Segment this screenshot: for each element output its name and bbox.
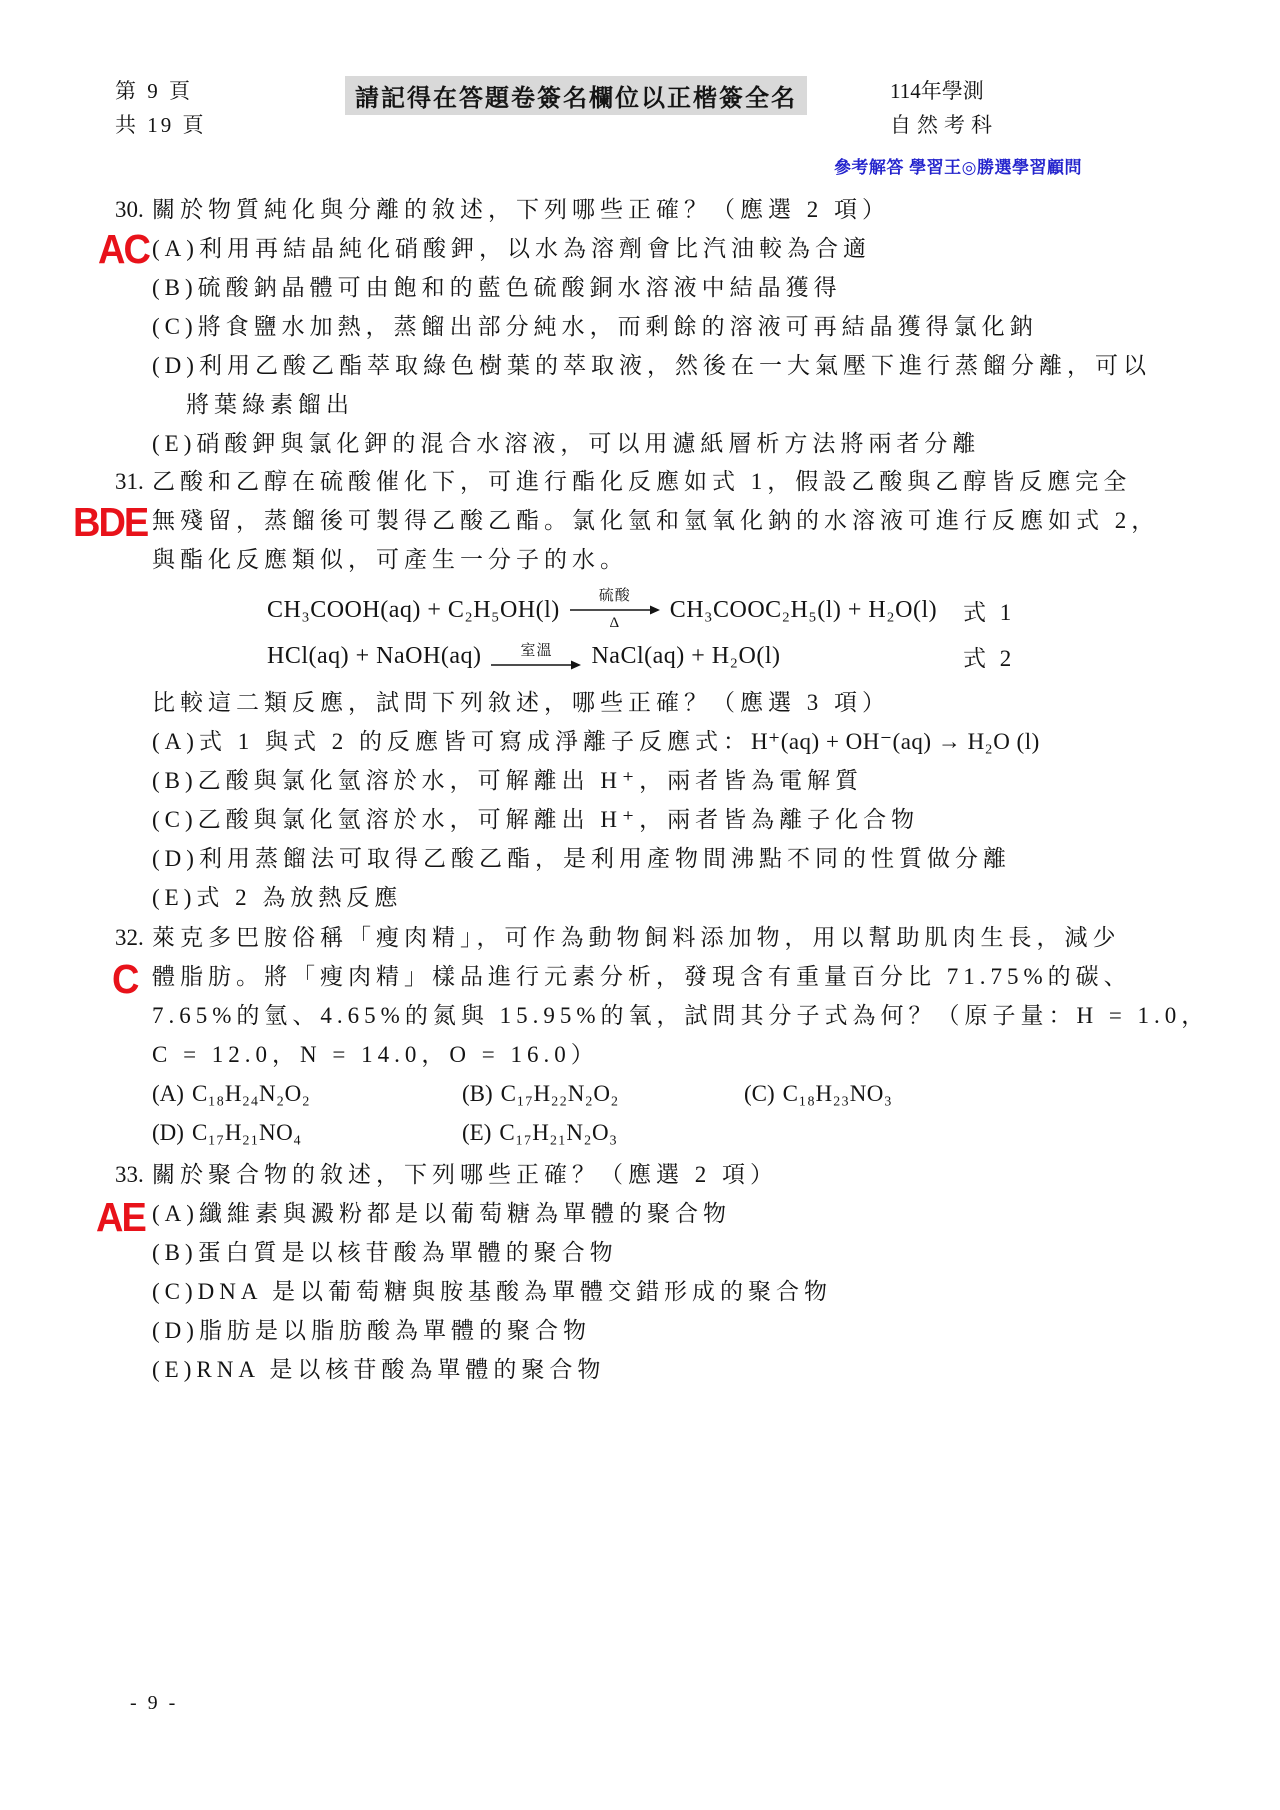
reaction-equations: CH₃COOH(aq) + C₂H₅OH(l) 硫酸 Δ CH₃COOC₂H₅(…	[115, 587, 1205, 679]
option-text: DNA 是以葡萄糖與胺基酸為單體交錯形成的聚合物	[198, 1279, 832, 1304]
option-cell-d: (D)C₁₇H₂₁NO₄	[152, 1113, 462, 1152]
equation-1-rhs: CH₃COOC₂H₅(l) + H₂O(l)	[670, 597, 937, 624]
page-number-line: 第 9 頁	[115, 74, 207, 108]
option-formula: C₁₇H₂₁N₂O₃	[499, 1120, 617, 1145]
stem-text: 萊克多巴胺俗稱「瘦肉精」，可作為動物飼料添加物，用以幫助肌肉生長，減少	[152, 925, 1121, 950]
option-row-b: (B)硫酸鈉晶體可由飽和的藍色硫酸銅水溶液中結晶獲得	[115, 268, 1205, 307]
option-row-e: (E)RNA 是以核苷酸為單體的聚合物	[115, 1350, 1205, 1389]
option-text: 利用乙酸乙酯萃取綠色樹葉的萃取液，然後在一大氣壓下進行蒸餾分離，可以	[199, 353, 1151, 378]
option-text: 乙酸與氯化氫溶於水，可解離出 H⁺，兩者皆為電解質	[198, 768, 864, 793]
page-indicator: 第 9 頁 共 19 頁	[115, 74, 207, 142]
equation-1-lhs: CH₃COOH(aq) + C₂H₅OH(l)	[267, 597, 560, 624]
option-label: (E)	[152, 885, 196, 910]
exam-subject: 自然考科	[890, 108, 998, 142]
option-label: (D)	[152, 1120, 184, 1145]
option-label: (C)	[152, 314, 198, 339]
option-label: (B)	[152, 768, 198, 793]
arrow-condition-top: 室溫	[520, 643, 552, 660]
solution-credit: 參考解答 學習王◎勝選學習顧問	[834, 153, 1082, 178]
stem-line-4: C = 12.0，N = 14.0，O = 16.0）	[115, 1035, 1205, 1074]
equation-2-rhs: NaCl(aq) + H₂O(l)	[591, 643, 780, 670]
option-text: 纖維素與澱粉都是以葡萄糖為單體的聚合物	[199, 1201, 731, 1226]
option-label: (E)	[462, 1120, 491, 1145]
option-row-a: (A)纖維素與澱粉都是以葡萄糖為單體的聚合物	[115, 1194, 1205, 1233]
option-row-d: (D)利用蒸餾法可取得乙酸乙酯，是利用產物間沸點不同的性質做分離	[115, 839, 1205, 878]
option-cell-b: (B)C₁₇H₂₂N₂O₂	[462, 1074, 744, 1113]
reaction-arrow-icon: 室溫	[491, 643, 581, 670]
option-formula: C₁₈H₂₄N₂O₂	[192, 1081, 310, 1106]
option-row-e: (E)式 2 為放熱反應	[115, 878, 1205, 917]
option-label: (A)	[152, 729, 199, 754]
stem-text: 乙酸和乙醇在硫酸催化下，可進行酯化反應如式 1，假設乙酸與乙醇皆反應完全	[152, 469, 1131, 494]
option-text: 乙酸與氯化氫溶於水，可解離出 H⁺，兩者皆為離子化合物	[198, 807, 920, 832]
equation-2-label: 式 2	[963, 640, 1015, 673]
option-cell-a: (A)C₁₈H₂₄N₂O₂	[152, 1074, 462, 1113]
question-stem: 32.萊克多巴胺俗稱「瘦肉精」，可作為動物飼料添加物，用以幫助肌肉生長，減少	[115, 918, 1205, 957]
question-number: 33.	[115, 1155, 152, 1194]
option-label: (A)	[152, 1201, 199, 1226]
option-text: 式 2 為放熱反應	[196, 885, 402, 910]
option-cell-e: (E)C₁₇H₂₁N₂O₃	[462, 1113, 744, 1152]
option-text: 利用蒸餾法可取得乙酸乙酯，是利用產物間沸點不同的性質做分離	[199, 846, 1011, 871]
question-30: 30.關於物質純化與分離的敘述，下列哪些正確？（應選 2 項） (A)利用再結晶…	[115, 190, 1205, 463]
option-label: (D)	[152, 1318, 199, 1343]
formula-options-grid: (A)C₁₈H₂₄N₂O₂ (B)C₁₇H₂₂N₂O₂ (C)C₁₈H₂₃NO₃…	[115, 1074, 1205, 1152]
exam-info: 114年學測 自然考科	[890, 74, 998, 142]
equation-1: CH₃COOH(aq) + C₂H₅OH(l) 硫酸 Δ CH₃COOC₂H₅(…	[115, 587, 1205, 633]
option-formula: C₁₇H₂₁NO₄	[192, 1120, 302, 1145]
option-formula: C₁₇H₂₂N₂O₂	[501, 1081, 619, 1106]
option-label: (B)	[462, 1081, 493, 1106]
equation-2: HCl(aq) + NaOH(aq) 室溫 NaCl(aq) + H₂O(l) …	[115, 633, 1205, 679]
option-row-c: (C)DNA 是以葡萄糖與胺基酸為單體交錯形成的聚合物	[115, 1272, 1205, 1311]
question-stem: 30.關於物質純化與分離的敘述，下列哪些正確？（應選 2 項）	[115, 190, 1205, 229]
exam-year: 114年學測	[890, 74, 998, 108]
option-text: 蛋白質是以核苷酸為單體的聚合物	[198, 1240, 618, 1265]
question-stem: 33.關於聚合物的敘述，下列哪些正確？（應選 2 項）	[115, 1155, 1205, 1194]
option-row-b: (B)乙酸與氯化氫溶於水，可解離出 H⁺，兩者皆為電解質	[115, 761, 1205, 800]
option-row-e: (E)硝酸鉀與氯化鉀的混合水溶液，可以用濾紙層析方法將兩者分離	[115, 424, 1205, 463]
option-row-a: (A)式 1 與式 2 的反應皆可寫成淨離子反應式：H⁺(aq) + OH⁻(a…	[115, 722, 1205, 761]
option-row-c: (C)乙酸與氯化氫溶於水，可解離出 H⁺，兩者皆為離子化合物	[115, 800, 1205, 839]
arrow-line-icon	[491, 660, 581, 670]
option-label: (D)	[152, 353, 199, 378]
stem-text: 關於物質純化與分離的敘述，下列哪些正確？（應選 2 項）	[152, 197, 890, 222]
option-cell-c: (C)C₁₈H₂₃NO₃	[744, 1074, 1205, 1113]
option-row-d: (D)利用乙酸乙酯萃取綠色樹葉的萃取液，然後在一大氣壓下進行蒸餾分離，可以	[115, 346, 1205, 385]
option-label: (B)	[152, 275, 198, 300]
option-row-a: (A)利用再結晶純化硝酸鉀，以水為溶劑會比汽油較為合適	[115, 229, 1205, 268]
stem-question-line: 比較這二類反應，試問下列敘述，哪些正確？（應選 3 項）	[115, 683, 1205, 722]
stem-text: 關於聚合物的敘述，下列哪些正確？（應選 2 項）	[152, 1162, 778, 1187]
option-label: (B)	[152, 1240, 198, 1265]
option-label: (E)	[152, 431, 196, 456]
option-label: (C)	[152, 807, 198, 832]
option-row-d: (D)脂肪是以脂肪酸為單體的聚合物	[115, 1311, 1205, 1350]
option-row-b: (B)蛋白質是以核苷酸為單體的聚合物	[115, 1233, 1205, 1272]
option-d-continuation: 將葉綠素餾出	[115, 385, 1205, 424]
option-formula: C₁₈H₂₃NO₃	[783, 1081, 893, 1106]
question-number: 31.	[115, 462, 152, 501]
exam-page: 第 9 頁 共 19 頁 請記得在答題卷簽名欄位以正楷簽全名 114年學測 自然…	[0, 0, 1280, 1810]
option-text: RNA 是以核苷酸為單體的聚合物	[196, 1357, 605, 1382]
arrow-condition-top: 硫酸	[599, 588, 631, 605]
signature-notice: 請記得在答題卷簽名欄位以正楷簽全名	[345, 76, 807, 115]
option-text: 硫酸鈉晶體可由飽和的藍色硫酸銅水溶液中結晶獲得	[198, 275, 842, 300]
arrow-condition-bottom: Δ	[609, 615, 620, 632]
question-33: 33.關於聚合物的敘述，下列哪些正確？（應選 2 項） (A)纖維素與澱粉都是以…	[115, 1155, 1205, 1389]
stem-line-3: 7.65%的氫、4.65%的氮與 15.95%的氧，試問其分子式為何？（原子量：…	[115, 996, 1205, 1035]
option-formula: H⁺(aq) + OH⁻(aq) → H₂O (l)	[751, 729, 1040, 754]
question-32: 32.萊克多巴胺俗稱「瘦肉精」，可作為動物飼料添加物，用以幫助肌肉生長，減少 體…	[115, 918, 1205, 1152]
question-number: 30.	[115, 190, 152, 229]
option-label: (C)	[152, 1279, 198, 1304]
option-text: 式 1 與式 2 的反應皆可寫成淨離子反應式：	[199, 729, 751, 754]
stem-line-2: 體脂肪。將「瘦肉精」樣品進行元素分析，發現含有重量百分比 71.75%的碳、	[115, 957, 1205, 996]
option-row-c: (C)將食鹽水加熱，蒸餾出部分純水，而剩餘的溶液可再結晶獲得氯化鈉	[115, 307, 1205, 346]
option-label: (E)	[152, 1357, 196, 1382]
option-label: (A)	[152, 236, 199, 261]
stem-line-2: 無殘留，蒸餾後可製得乙酸乙酯。氯化氫和氫氧化鈉的水溶液可進行反應如式 2，	[115, 501, 1205, 540]
option-text: 將食鹽水加熱，蒸餾出部分純水，而剩餘的溶液可再結晶獲得氯化鈉	[198, 314, 1038, 339]
arrow-line-icon	[570, 605, 660, 615]
question-stem: 31.乙酸和乙醇在硫酸催化下，可進行酯化反應如式 1，假設乙酸與乙醇皆反應完全	[115, 462, 1205, 501]
page-total-line: 共 19 頁	[115, 108, 207, 142]
equation-2-lhs: HCl(aq) + NaOH(aq)	[267, 643, 481, 670]
option-text: 利用再結晶純化硝酸鉀，以水為溶劑會比汽油較為合適	[199, 236, 871, 261]
option-label: (D)	[152, 846, 199, 871]
question-number: 32.	[115, 918, 152, 957]
option-text: 脂肪是以脂肪酸為單體的聚合物	[199, 1318, 591, 1343]
question-31: 31.乙酸和乙醇在硫酸催化下，可進行酯化反應如式 1，假設乙酸與乙醇皆反應完全 …	[115, 462, 1205, 917]
option-text: 硝酸鉀與氯化鉀的混合水溶液，可以用濾紙層析方法將兩者分離	[196, 431, 980, 456]
option-label: (C)	[744, 1081, 775, 1106]
equation-1-label: 式 1	[963, 594, 1015, 627]
stem-line-3: 與酯化反應類似，可產生一分子的水。	[115, 540, 1205, 579]
page-footer: - 9 -	[130, 1692, 178, 1715]
option-label: (A)	[152, 1081, 184, 1106]
reaction-arrow-icon: 硫酸 Δ	[570, 588, 660, 632]
